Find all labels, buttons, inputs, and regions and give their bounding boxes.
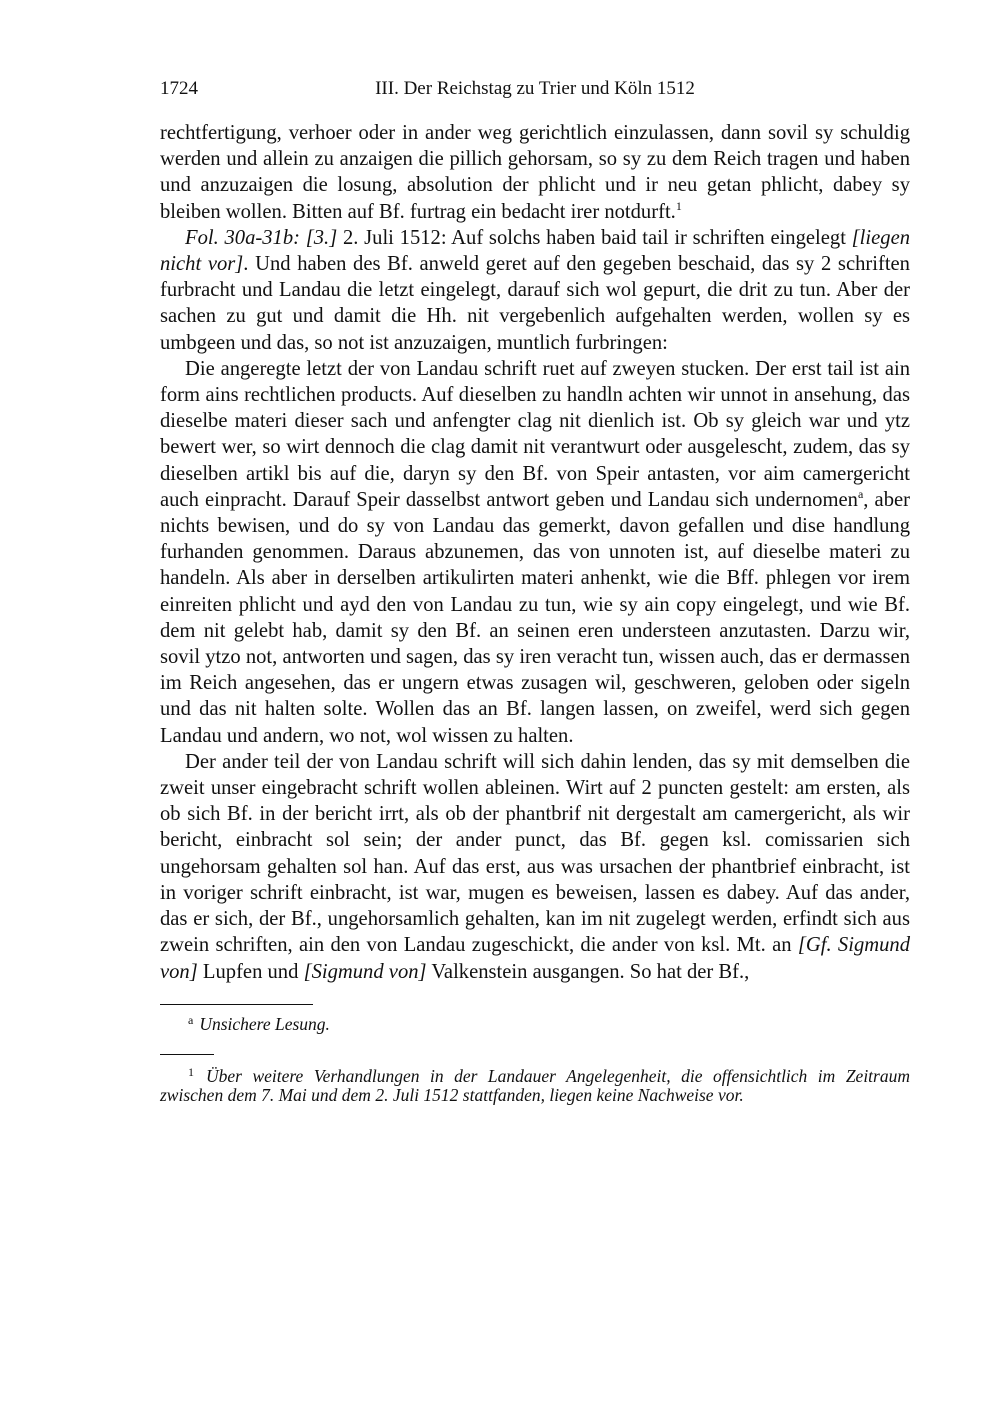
document-page: 1724 III. Der Reichstag zu Trier und Köl… xyxy=(160,78,910,1105)
page-header: 1724 III. Der Reichstag zu Trier und Köl… xyxy=(160,78,910,110)
folio-reference: Fol. 30a-31b: [3.] xyxy=(185,227,337,249)
editorial-note: [Sigmund von] xyxy=(304,961,427,983)
paragraph-text: . Und haben des Bf. anweld geret auf den… xyxy=(160,253,910,354)
paragraph-3: Die angeregte letzt der von Landau schri… xyxy=(160,356,910,749)
footnote-mark: a xyxy=(188,1013,193,1027)
paragraph-text: Der ander teil der von Landau schrift wi… xyxy=(160,751,910,956)
critical-footnote-a: aUnsichere Lesung. xyxy=(160,1011,910,1034)
explanatory-footnote-1: 1Über weitere Verhandlungen in der Landa… xyxy=(160,1063,910,1105)
date-text: 2. Juli 1512: Auf solchs haben baid tail… xyxy=(337,227,851,249)
footnote-ref-1[interactable]: 1 xyxy=(676,199,682,213)
paragraph-text-cont: Valkenstein ausgangen. So hat der Bf., xyxy=(427,961,750,983)
footnote-text: Über weitere Verhandlungen in der Landau… xyxy=(160,1066,910,1105)
footnote-text: Unsichere Lesung. xyxy=(199,1014,330,1034)
paragraph-text-mid: Lupfen und xyxy=(198,961,304,983)
paragraph-2: Fol. 30a-31b: [3.] 2. Juli 1512: Auf sol… xyxy=(160,225,910,356)
paragraph-1: rechtfertigung, verhoer oder in ander we… xyxy=(160,120,910,225)
paragraph-text: rechtfertigung, verhoer oder in ander we… xyxy=(160,122,910,223)
explanatory-footnote-rule xyxy=(160,1054,214,1055)
running-title: III. Der Reichstag zu Trier und Köln 151… xyxy=(160,78,910,100)
footnote-mark: 1 xyxy=(188,1065,194,1079)
paragraph-text-cont: , aber nichts bewisen, und do sy von Lan… xyxy=(160,489,910,747)
paragraph-4: Der ander teil der von Landau schrift wi… xyxy=(160,749,910,985)
critical-footnote-rule xyxy=(160,1004,313,1005)
paragraph-text: Die angeregte letzt der von Landau schri… xyxy=(160,358,910,511)
main-text: rechtfertigung, verhoer oder in ander we… xyxy=(160,120,910,985)
